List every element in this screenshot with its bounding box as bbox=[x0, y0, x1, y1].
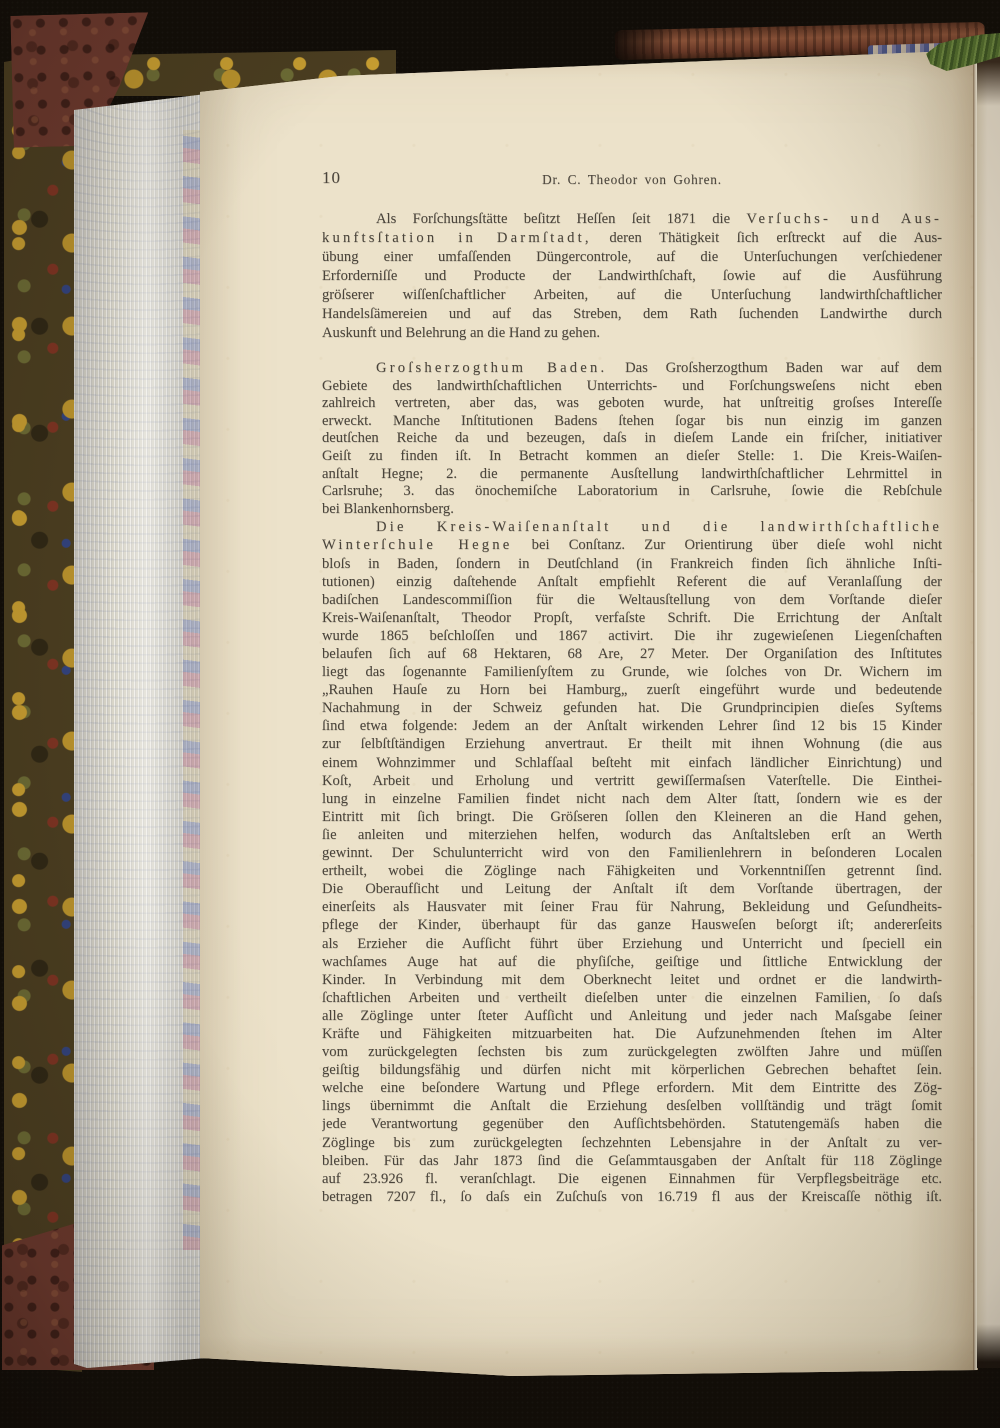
text-line: wachſames Auge hat auf die phyſiſche, ge… bbox=[322, 953, 942, 971]
body-text: Carlsruhe; 3. das önochemiſche Laborator… bbox=[322, 483, 942, 499]
text-line: ſchaftlichen Arbeiten und vertheilt dieſ… bbox=[322, 989, 942, 1007]
body-text: Nachahmung in der Schweiz gefunden hat. … bbox=[322, 700, 942, 716]
text-line: vom zurückgelegten ſechsten bis zum zurü… bbox=[322, 1043, 942, 1061]
running-header: Dr. C. Theodor von Gohren. bbox=[322, 172, 942, 188]
text-line: Eintritt mit ſich bringt. Die Gröſseren … bbox=[322, 808, 942, 826]
text-line: Erforderniſſe und Producte der Landwirth… bbox=[322, 267, 942, 286]
body-text: einerſeits als Hausvater mit ſeiner Frau… bbox=[322, 899, 942, 915]
text-line: liegt das ſogenannte Familienſyſtem zu G… bbox=[322, 663, 942, 681]
text-line: Kreis-Waiſenanſtalt, Theodor Propſt, ver… bbox=[322, 609, 942, 627]
text-line: geiſtig bildungsfähig und dürfen nicht m… bbox=[322, 1061, 942, 1079]
body-text: erweckt. Manche Inſtitutionen Badens ſte… bbox=[322, 413, 942, 429]
body-text: lung in einzelne Familien findet nicht n… bbox=[322, 791, 942, 807]
text-line: wurde 1865 beſchloſſen und 1867 activirt… bbox=[322, 627, 942, 645]
body-text: alle Zöglinge unter ſteter Aufſicht und … bbox=[322, 1008, 942, 1024]
body-text: jede Verantwortung gegenüber den Aufſich… bbox=[322, 1116, 942, 1132]
text-line: welche eine beſondere Wartung und Pflege… bbox=[322, 1079, 942, 1097]
body-text: Handelsſämereien und auf das Streben, de… bbox=[322, 306, 942, 322]
text-line: pflege der Kinder, überhaupt für das gan… bbox=[322, 916, 942, 934]
text-line: badiſchen Landescommiſſion für die Welta… bbox=[322, 591, 942, 609]
body-text: zahlreich vertreten, aber das, was gebot… bbox=[322, 395, 942, 411]
text-line: alle Zöglinge unter ſteter Aufſicht und … bbox=[322, 1007, 942, 1025]
body-text: Gebiete des landwirthſchaftlichen Unterr… bbox=[322, 378, 942, 394]
body-text: auf 23.926 fl. veranſchlagt. Die eigenen… bbox=[322, 1171, 942, 1187]
text-line: als Erzieher die Aufſicht führt über Erz… bbox=[322, 935, 942, 953]
text-block: 10 Dr. C. Theodor von Gohren. Als Forſch… bbox=[322, 172, 942, 1206]
body-text: „Rauhen Hauſe zu Horn bei Hamburg„ zuerſ… bbox=[322, 682, 942, 698]
body-text: Kräfte und Fähigkeiten mitzuarbeiten hat… bbox=[322, 1026, 942, 1042]
text-line: lung in einzelne Familien findet nicht n… bbox=[322, 790, 942, 808]
book-cover-marble-left bbox=[4, 48, 82, 1372]
text-line: erweckt. Manche Inſtitutionen Badens ſte… bbox=[322, 413, 942, 431]
text-line: auf 23.926 fl. veranſchlagt. Die eigenen… bbox=[322, 1170, 942, 1188]
text-line: Handelsſämereien und auf das Streben, de… bbox=[322, 305, 942, 324]
paragraph: Die Kreis-Waiſenanſtalt und die landwirt… bbox=[322, 518, 942, 1206]
body-text: ſchaftlichen Arbeiten und vertheilt dieſ… bbox=[322, 990, 942, 1006]
paragraph: Als Forſchungsſtätte beſitzt Heſſen ſeit… bbox=[322, 210, 942, 343]
body-text: Koſt, Arbeit und Erholung und vertritt g… bbox=[322, 773, 942, 789]
body-text: belaufen ſich auf 68 Hektaren, 68 Are, 2… bbox=[322, 646, 942, 662]
body-text: Erforderniſſe und Producte der Landwirth… bbox=[322, 268, 942, 284]
text-line: deutſchen Reiche da und bezeugen, daſs i… bbox=[322, 430, 942, 448]
letterspaced-text: Winterſchule Hegne bbox=[322, 537, 512, 553]
facing-page-sliver bbox=[977, 54, 1000, 1368]
text-line: jede Verantwortung gegenüber den Aufſich… bbox=[322, 1115, 942, 1133]
body-text: bloſs in Baden, ſondern in Deutſchland (… bbox=[322, 556, 942, 572]
text-line: Geiſt zu finden iſt. In Betracht kommen … bbox=[322, 448, 942, 466]
text-line: zur ſelbſtſtändigen Erziehung anvertraut… bbox=[322, 735, 942, 753]
body-text: Als Forſchungsſtätte beſitzt Heſſen ſeit… bbox=[376, 211, 746, 227]
body-text: gewinnt. Der Schulunterricht wird von de… bbox=[322, 845, 942, 861]
body-text: bleiben. Für das Jahr 1873 ſind die Geſa… bbox=[322, 1153, 942, 1169]
body-text: Auskunft und Belehrung an die Hand zu ge… bbox=[322, 325, 600, 341]
body-text: ſie anleiten und miterziehen helfen, wod… bbox=[322, 827, 942, 843]
body-text: übung einer umfaſſenden Düngercontrole, … bbox=[322, 249, 942, 265]
body-text: zur ſelbſtſtändigen Erziehung anvertraut… bbox=[322, 736, 942, 752]
body-text: Kreis-Waiſenanſtalt, Theodor Propſt, ver… bbox=[322, 610, 942, 626]
letterspaced-text: Die Kreis-Waiſenanſtalt und die landwirt… bbox=[376, 519, 942, 535]
text-line: Carlsruhe; 3. das önochemiſche Laborator… bbox=[322, 483, 942, 501]
text-line: gröſserer wiſſenſchaftlicher Arbeiten, a… bbox=[322, 286, 942, 305]
body-text: bei Blankenhornsberg. bbox=[322, 501, 454, 517]
body-text: bei Conſtanz. Zur Orientirung über dieſe… bbox=[512, 537, 942, 553]
body-text: anſtalt Hegne; 2. die permanente Ausſtel… bbox=[322, 466, 942, 482]
letterspaced-text: Verſuchs- und Aus- bbox=[746, 211, 942, 227]
text-line: tutionen) einzig daſtehende Anſtalt empf… bbox=[322, 573, 942, 591]
body-text: Das Groſsherzogthum Baden war auf dem bbox=[607, 360, 942, 376]
body-text: Kinder. In Verbindung mit dem Oberknecht… bbox=[322, 972, 942, 988]
text-line: einem Wohnzimmer und Schlafſaal beſteht … bbox=[322, 754, 942, 772]
body-text: badiſchen Landescommiſſion für die Welta… bbox=[322, 592, 942, 608]
paragraphs: Als Forſchungsſtätte beſitzt Heſſen ſeit… bbox=[322, 210, 942, 1206]
text-line: Winterſchule Hegne bei Conſtanz. Zur Ori… bbox=[322, 536, 942, 554]
gutter-crease bbox=[973, 54, 977, 1370]
body-text: ertheilt, wobei die Zöglinge nach Fähigk… bbox=[322, 863, 942, 879]
body-text: als Erzieher die Aufſicht führt über Erz… bbox=[322, 936, 942, 952]
body-text: Geiſt zu finden iſt. In Betracht kommen … bbox=[322, 448, 942, 464]
body-text: wachſames Auge hat auf die phyſiſche, ge… bbox=[322, 954, 942, 970]
text-line: ſind etwa folgende: Jedem an der Anſtalt… bbox=[322, 717, 942, 735]
text-line: bei Blankenhornsberg. bbox=[322, 501, 942, 519]
scanned-book-photo: 10 Dr. C. Theodor von Gohren. Als Forſch… bbox=[0, 0, 1000, 1428]
text-line: Koſt, Arbeit und Erholung und vertritt g… bbox=[322, 772, 942, 790]
text-line: übung einer umfaſſenden Düngercontrole, … bbox=[322, 248, 942, 267]
body-text: geiſtig bildungsfähig und dürfen nicht m… bbox=[322, 1062, 942, 1078]
text-line: belaufen ſich auf 68 Hektaren, 68 Are, 2… bbox=[322, 645, 942, 663]
body-text: vom zurückgelegten ſechsten bis zum zurü… bbox=[322, 1044, 942, 1060]
body-text: Eintritt mit ſich bringt. Die Gröſseren … bbox=[322, 809, 942, 825]
text-line: Gebiete des landwirthſchaftlichen Unterr… bbox=[322, 378, 942, 396]
text-line: ertheilt, wobei die Zöglinge nach Fähigk… bbox=[322, 862, 942, 880]
body-text: lings übernimmt die Anſtalt die Erziehun… bbox=[322, 1098, 942, 1114]
text-line: Als Forſchungsſtätte beſitzt Heſſen ſeit… bbox=[322, 210, 942, 229]
body-text: wurde 1865 beſchloſſen und 1867 activirt… bbox=[322, 628, 942, 644]
text-line: zahlreich vertreten, aber das, was gebot… bbox=[322, 395, 942, 413]
text-line: Groſsherzogthum Baden. Das Groſsherzogth… bbox=[322, 360, 942, 378]
text-line: kunftsſtation in Darmſtadt, deren Thätig… bbox=[322, 229, 942, 248]
text-line: ſie anleiten und miterziehen helfen, wod… bbox=[322, 826, 942, 844]
page-number: 10 bbox=[322, 168, 341, 188]
paragraph: Groſsherzogthum Baden. Das Groſsherzogth… bbox=[322, 360, 942, 518]
body-text: liegt das ſogenannte Familienſyſtem zu G… bbox=[322, 664, 942, 680]
body-text: Zöglinge bis zum zurückgelegten ſechzehn… bbox=[322, 1135, 942, 1151]
body-text: einem Wohnzimmer und Schlafſaal beſteht … bbox=[322, 755, 942, 771]
text-line: Die Oberaufſicht und Leitung der Anſtalt… bbox=[322, 880, 942, 898]
text-line: Auskunft und Belehrung an die Hand zu ge… bbox=[322, 324, 942, 343]
body-text: tutionen) einzig daſtehende Anſtalt empf… bbox=[322, 574, 942, 590]
body-text: gröſserer wiſſenſchaftlicher Arbeiten, a… bbox=[322, 287, 942, 303]
text-line: betragen 7207 fl., ſo daſs ein Zuſchuſs … bbox=[322, 1188, 942, 1206]
text-line: Die Kreis-Waiſenanſtalt und die landwirt… bbox=[322, 518, 942, 536]
body-text: ſind etwa folgende: Jedem an der Anſtalt… bbox=[322, 718, 942, 734]
body-text: betragen 7207 fl., ſo daſs ein Zuſchuſs … bbox=[322, 1189, 942, 1205]
text-line: bloſs in Baden, ſondern in Deutſchland (… bbox=[322, 555, 942, 573]
body-text: Die Oberaufſicht und Leitung der Anſtalt… bbox=[322, 881, 942, 897]
text-line: Zöglinge bis zum zurückgelegten ſechzehn… bbox=[322, 1134, 942, 1152]
body-text: welche eine beſondere Wartung und Pflege… bbox=[322, 1080, 942, 1096]
body-text: deren Thätigkeit ſich erſtreckt auf die … bbox=[592, 230, 942, 246]
text-line: lings übernimmt die Anſtalt die Erziehun… bbox=[322, 1097, 942, 1115]
text-line: gewinnt. Der Schulunterricht wird von de… bbox=[322, 844, 942, 862]
body-text: pflege der Kinder, überhaupt für das gan… bbox=[322, 917, 942, 933]
text-line: Kinder. In Verbindung mit dem Oberknecht… bbox=[322, 971, 942, 989]
text-line: Kräfte und Fähigkeiten mitzuarbeiten hat… bbox=[322, 1025, 942, 1043]
text-line: Nachahmung in der Schweiz gefunden hat. … bbox=[322, 699, 942, 717]
text-line: „Rauhen Hauſe zu Horn bei Hamburg„ zuerſ… bbox=[322, 681, 942, 699]
text-line: bleiben. Für das Jahr 1873 ſind die Geſa… bbox=[322, 1152, 942, 1170]
page-header: 10 Dr. C. Theodor von Gohren. bbox=[322, 172, 942, 191]
letterspaced-text: Groſsherzogthum Baden. bbox=[376, 360, 607, 376]
text-line: einerſeits als Hausvater mit ſeiner Frau… bbox=[322, 898, 942, 916]
text-line: anſtalt Hegne; 2. die permanente Ausſtel… bbox=[322, 466, 942, 484]
body-text: deutſchen Reiche da und bezeugen, daſs i… bbox=[322, 430, 942, 446]
letterspaced-text: kunftsſtation in Darmſtadt, bbox=[322, 230, 592, 246]
